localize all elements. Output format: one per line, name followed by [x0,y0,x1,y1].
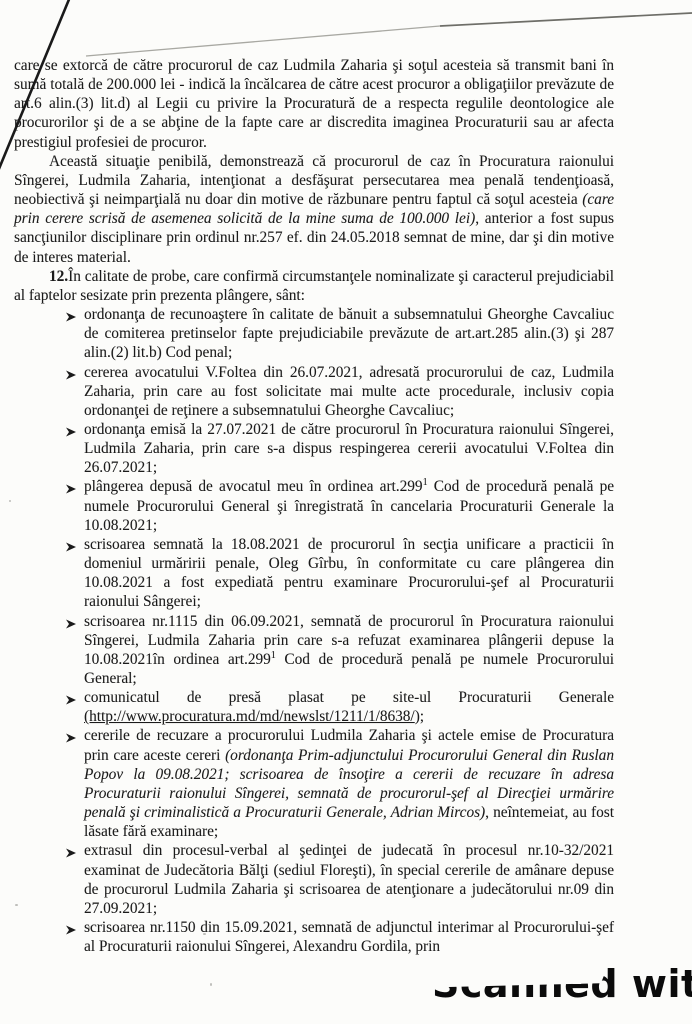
evidence-item-2: cererea avocatului V.Foltea din 26.07.20… [14,363,614,420]
evidence-item-8: cererile de recuzare a procurorului Ludm… [14,726,614,841]
text-segment: scrisoarea semnată la 18.08.2021 de proc… [84,536,614,610]
evidence-item-text: scrisoarea semnată la 18.08.2021 de proc… [84,536,614,610]
evidence-item-text: scrisoarea nr.1115 din 06.09.2021, semna… [84,613,614,687]
evidence-item-text: extrasul din procesul-verbal al şedinţei… [84,842,614,916]
evidence-item-text: ordonanţa emisă la 27.07.2021 de către p… [84,421,614,476]
evidence-item-9: extrasul din procesul-verbal al şedinţei… [14,841,614,918]
text-segment: ordonanţa de recunoaştere în calitate de… [84,306,614,361]
evidence-item-4: plângerea depusă de avocatul meu în ordi… [14,477,614,534]
text-segment: extrasul din procesul-verbal al şedinţei… [84,842,614,916]
evidence-item-10: scrisoarea nr.1150 din 15.09.2021, semna… [14,918,614,956]
evidence-item-6: scrisoarea nr.1115 din 06.09.2021, semna… [14,612,614,689]
evidence-item-text: comunicatul de presă plasat pe site-ul P… [84,689,614,725]
evidence-item-text: cererea avocatului V.Foltea din 26.07.20… [84,364,614,419]
text-segment: Această situaţie penibilă, demonstrează … [14,153,614,208]
arrow-bullet-icon [65,692,77,704]
arrow-bullet-icon [65,845,77,857]
arrow-bullet-icon [65,730,77,742]
scan-speck [9,500,11,502]
evidence-item-7: comunicatul de presă plasat pe site-ul P… [14,688,614,726]
scan-speck [210,983,212,986]
text-segment: În calitate de probe, care confirmă circ… [14,268,614,304]
evidence-item-3: ordonanţa emisă la 27.07.2021 de către p… [14,420,614,477]
scanner-watermark: Scanned with [432,962,692,1006]
arrow-bullet-icon [65,309,77,321]
page-content: care se extorcă de către procurorul de c… [14,56,614,956]
arrow-bullet-icon [65,481,77,493]
evidence-item-text: cererile de recuzare a procurorului Ludm… [84,727,614,840]
arrow-bullet-icon [65,539,77,551]
evidence-item-5: scrisoarea semnată la 18.08.2021 de proc… [14,535,614,612]
paragraph-situation: Această situaţie penibilă, demonstrează … [14,152,614,267]
scan-speck [255,952,257,954]
text-segment: 12. [49,268,68,285]
evidence-item-1: ordonanţa de recunoaştere în calitate de… [14,305,614,362]
text-segment: comunicatul de presă plasat pe site-ul P… [84,689,614,706]
crease-line-left [86,26,440,56]
arrow-bullet-icon [65,367,77,379]
scanned-document-page: care se extorcă de către procurorul de c… [0,0,692,1024]
scan-speck [203,933,206,935]
arrow-bullet-icon [65,424,77,436]
text-segment: care se extorcă de către procurorul de c… [14,57,614,151]
evidence-item-text: ordonanţa de recunoaştere în calitate de… [84,306,614,361]
url-text: (http://www.procuratura.md/md/newslst/12… [84,708,415,725]
arrow-bullet-icon [65,922,77,934]
evidence-list: ordonanţa de recunoaştere în calitate de… [14,305,614,956]
paragraph-continuation: care se extorcă de către procurorul de c… [14,56,614,152]
text-segment: scrisoarea nr.1150 din 15.09.2021, semna… [84,919,614,955]
text-segment: ); [415,708,424,725]
scan-speck [88,926,91,929]
arrow-bullet-icon [65,616,77,628]
watermark-container: Scanned with [424,948,692,1020]
text-segment: plângerea depusă de avocatul meu în ordi… [84,478,423,495]
text-segment: cererea avocatului V.Foltea din 26.07.20… [84,364,614,419]
evidence-item-text: plângerea depusă de avocatul meu în ordi… [84,478,614,533]
crease-line-right [440,13,692,26]
text-segment: ordonanţa emisă la 27.07.2021 de către p… [84,421,614,476]
evidence-item-text: scrisoarea nr.1150 din 15.09.2021, semna… [84,919,614,955]
paragraph-12-intro: 12.În calitate de probe, care confirmă c… [14,267,614,305]
scan-speck [15,904,18,906]
